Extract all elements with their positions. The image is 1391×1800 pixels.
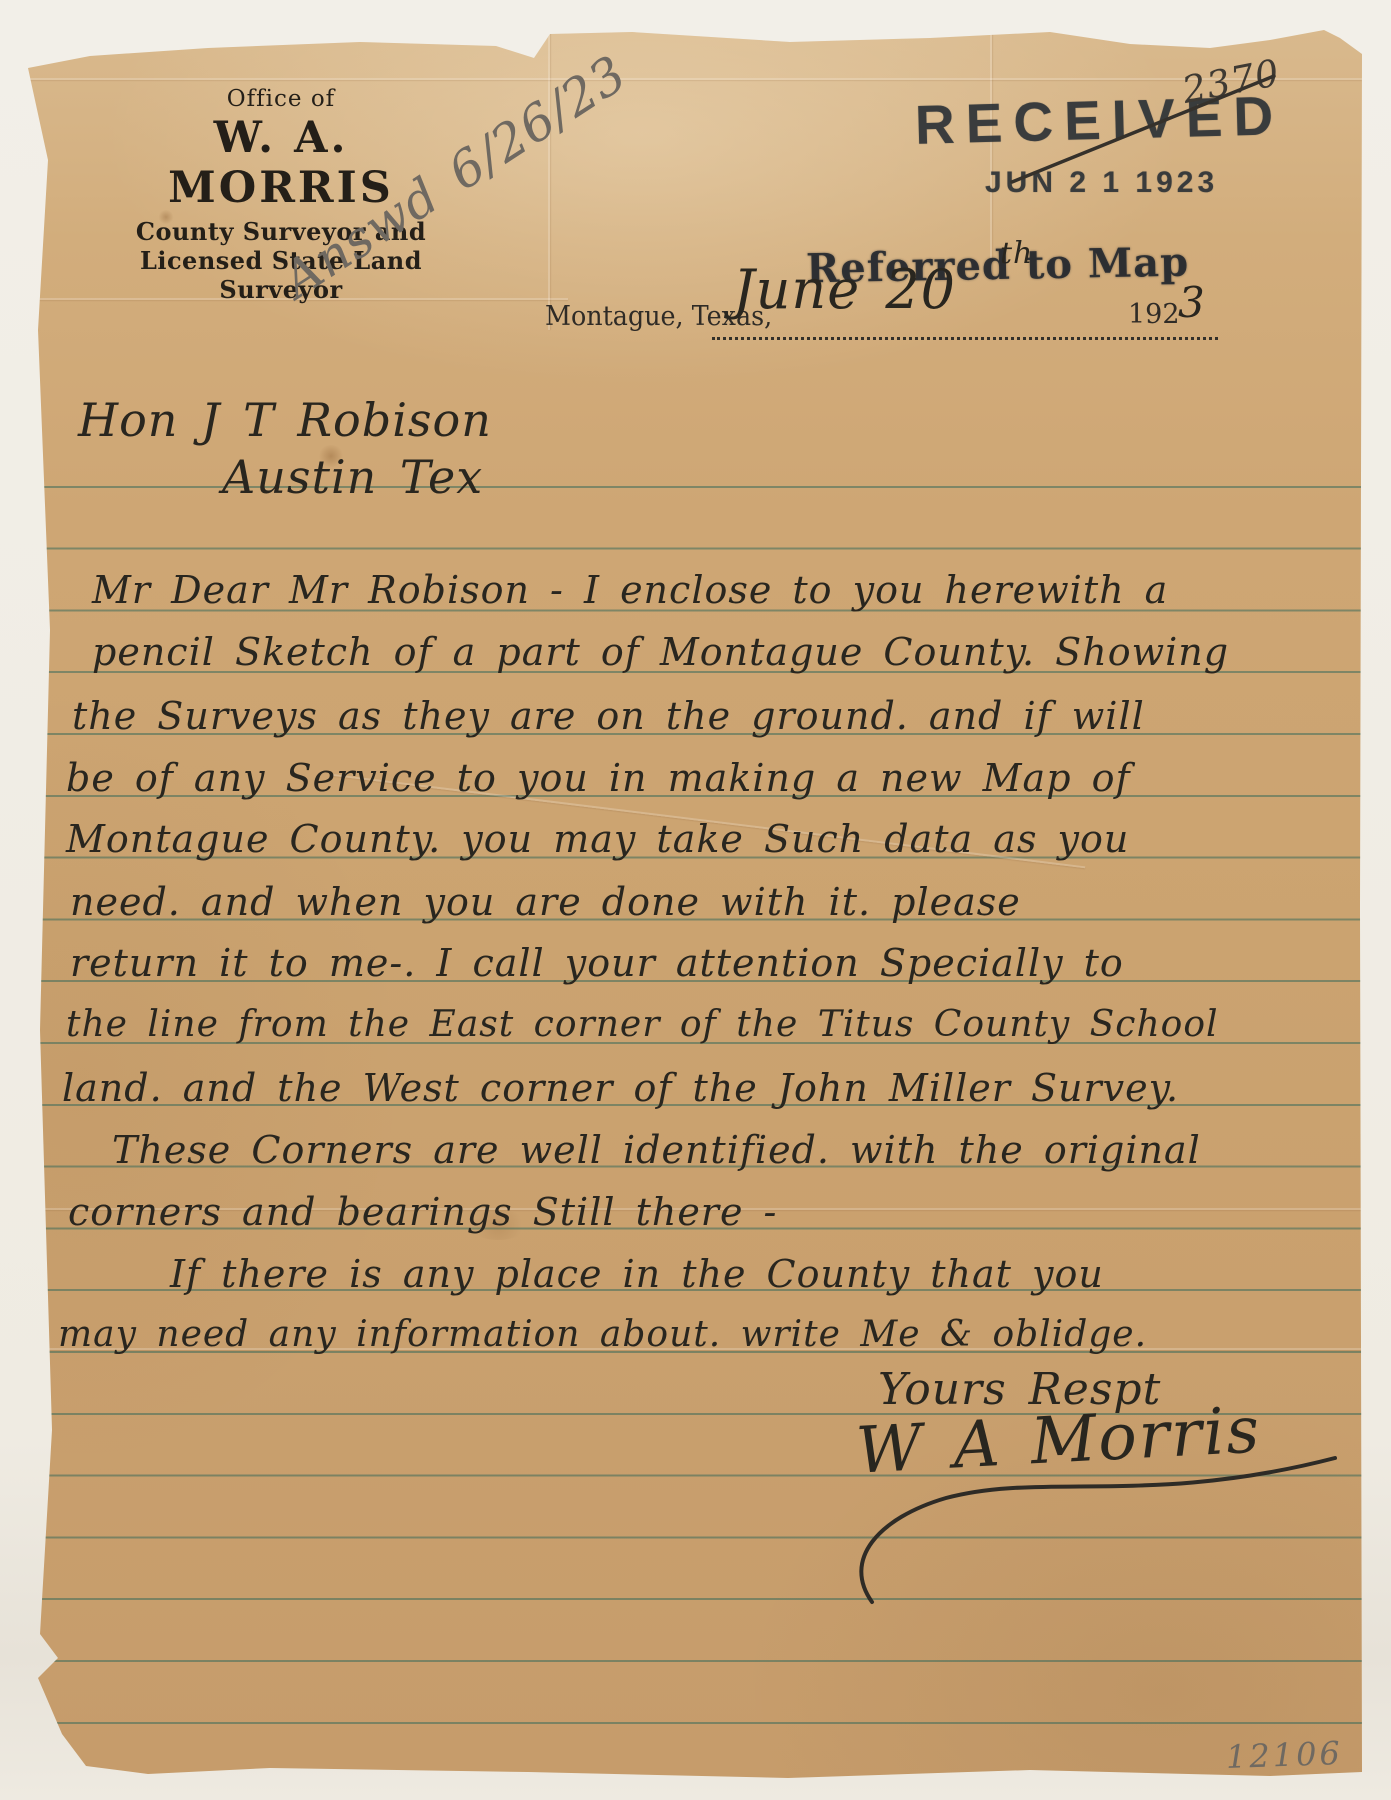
body-line: return it to me-. I call your attention … — [70, 941, 1124, 985]
body-line: the line from the East corner of the Tit… — [66, 1004, 1219, 1045]
body-line: Montague County. you may take Such data … — [66, 817, 1129, 861]
body-line: corners and bearings Still there - — [68, 1190, 777, 1234]
crease-line — [28, 78, 1362, 80]
written-year-digit: 3 — [1178, 278, 1206, 327]
body-line: If there is any place in the County that… — [170, 1252, 1104, 1296]
body-line: may need any information about. write Me… — [58, 1314, 1147, 1355]
letterhead-office-of: Office of — [95, 86, 467, 112]
body-line: need. and when you are done with it. ple… — [70, 880, 1021, 924]
body-line: Mr Dear Mr Robison - I enclose to you he… — [92, 568, 1168, 612]
body-line: be of any Service to you in making a new… — [66, 756, 1131, 800]
written-date: June 20 — [733, 258, 956, 321]
written-date-ordinal: th — [1000, 236, 1033, 271]
body-line: land. and the West corner of the John Mi… — [62, 1066, 1179, 1110]
recipient-city: Austin Tex — [222, 450, 483, 504]
body-line: the Surveys as they are on the ground. a… — [72, 694, 1145, 738]
body-line: These Corners are well identified. with … — [112, 1128, 1201, 1172]
crease-line — [548, 30, 550, 330]
printed-year: 192 — [1128, 299, 1180, 330]
archive-number: 12106 — [1225, 1734, 1343, 1776]
scanned-letter-page: Office of W. A. MORRIS County Surveyor a… — [0, 0, 1391, 1800]
body-line: pencil Sketch of a part of Montague Coun… — [92, 630, 1229, 674]
recipient-line: Hon J T Robison — [78, 393, 492, 447]
received-date-stamp: JUN 2 1 1923 — [985, 166, 1218, 200]
